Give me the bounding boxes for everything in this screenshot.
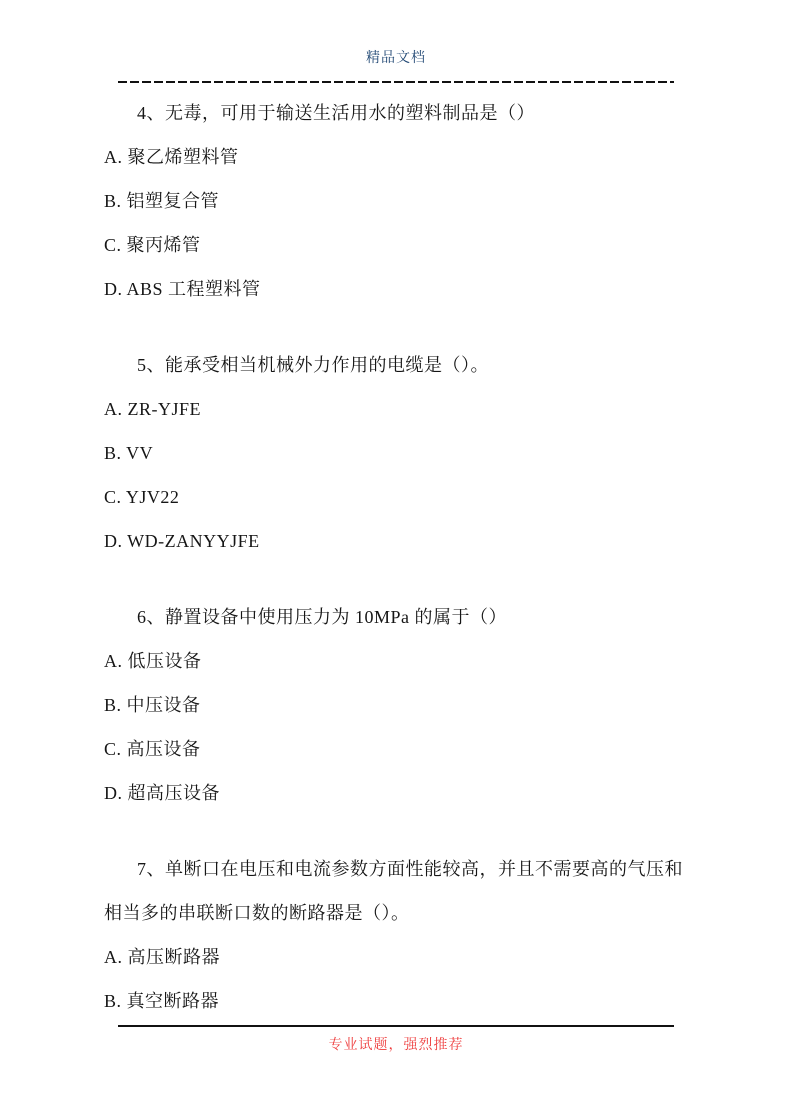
question-block-4: 4、无毒，可用于输送生活用水的塑料制品是（） A. 聚乙烯塑料管 B. 铝塑复合… [104,91,696,311]
question-text: 5、能承受相当机械外力作用的电缆是（）。 [104,343,696,387]
option-c: C. YJV22 [104,475,696,519]
header-divider [118,81,674,83]
question-block-6: 6、静置设备中使用压力为 10MPa 的属于（） A. 低压设备 B. 中压设备… [104,595,696,815]
question-text: 6、静置设备中使用压力为 10MPa 的属于（） [104,595,696,639]
option-d: D. ABS 工程塑料管 [104,267,696,311]
option-a: A. 低压设备 [104,639,696,683]
question-block-5: 5、能承受相当机械外力作用的电缆是（）。 A. ZR-YJFE B. VV C.… [104,343,696,563]
header-title: 精品文档 [0,47,792,67]
option-a: A. 高压断路器 [104,935,696,979]
option-b: B. 真空断路器 [104,979,696,1023]
option-d: D. 超高压设备 [104,771,696,815]
option-b: B. 中压设备 [104,683,696,727]
option-c: C. 高压设备 [104,727,696,771]
option-a: A. ZR-YJFE [104,387,696,431]
footer-divider [118,1025,674,1027]
option-a: A. 聚乙烯塑料管 [104,135,696,179]
option-d: D. WD-ZANYYJFE [104,519,696,563]
footer-note: 专业试题，强烈推荐 [0,1034,792,1054]
question-list: 4、无毒，可用于输送生活用水的塑料制品是（） A. 聚乙烯塑料管 B. 铝塑复合… [104,91,696,1023]
question-text: 4、无毒，可用于输送生活用水的塑料制品是（） [104,91,696,135]
option-b: B. 铝塑复合管 [104,179,696,223]
document-page: 精品文档 4、无毒，可用于输送生活用水的塑料制品是（） A. 聚乙烯塑料管 B.… [0,0,792,1120]
option-c: C. 聚丙烯管 [104,223,696,267]
option-b: B. VV [104,431,696,475]
question-text: 7、单断口在电压和电流参数方面性能较高，并且不需要高的气压和相当多的串联断口数的… [104,847,696,935]
question-block-7: 7、单断口在电压和电流参数方面性能较高，并且不需要高的气压和相当多的串联断口数的… [104,847,696,1023]
